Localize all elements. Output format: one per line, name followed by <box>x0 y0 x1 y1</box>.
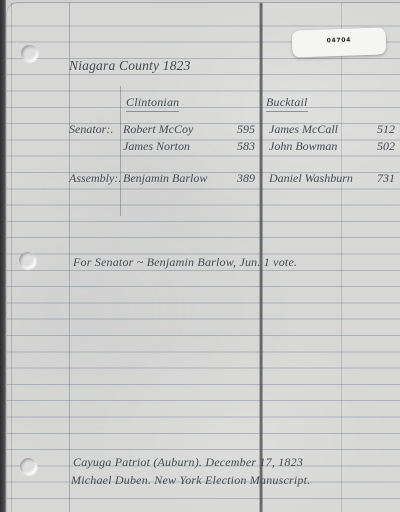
clintonian-candidate-name: Robert McCoy <box>123 122 193 137</box>
ledger-paper: 04704 Niagara County 1823 Clintonian Buc… <box>6 2 400 512</box>
bucktail-vote-count: 502 <box>369 139 395 154</box>
margin-rule <box>69 3 70 512</box>
result-row-senator-2: James Norton 583 John Bowman 502 <box>69 139 399 155</box>
punch-hole-middle <box>19 252 36 269</box>
bucktail-candidate-name: Daniel Washburn <box>269 171 353 186</box>
clintonian-vote-count: 595 <box>215 122 255 137</box>
bucktail-vote-count: 512 <box>369 122 395 137</box>
result-row-assembly: Assembly:. Benjamin Barlow 389 Daniel Wa… <box>69 171 399 187</box>
scanned-document-page: 04704 Niagara County 1823 Clintonian Buc… <box>0 0 400 512</box>
right-column-rule <box>341 3 342 512</box>
office-label: Assembly:. <box>69 171 121 186</box>
left-edge-rule <box>11 3 12 512</box>
barcode-sticker: 04704 <box>292 27 387 57</box>
column-header-bucktail: Bucktail <box>266 95 308 112</box>
bucktail-vote-count: 731 <box>369 171 395 186</box>
sticker-number: 04704 <box>327 37 352 45</box>
clintonian-candidate-name: James Norton <box>123 139 190 154</box>
clintonian-vote-count: 389 <box>215 171 255 186</box>
clintonian-vote-count: 583 <box>215 139 255 154</box>
source-citation-line2: Michael Duben. New York Election Manuscr… <box>71 473 310 488</box>
clintonian-candidate-name: Benjamin Barlow <box>123 171 207 186</box>
senator-write-in-note: For Senator ~ Benjamin Barlow, Jun. 1 vo… <box>73 255 297 270</box>
punch-hole-bottom <box>20 458 37 475</box>
bucktail-candidate-name: James McCall <box>269 122 338 137</box>
column-header-clintonian: Clintonian <box>126 95 179 112</box>
office-label: Senator:. <box>69 122 113 137</box>
result-row-senator: Senator:. Robert McCoy 595 James McCall … <box>69 122 399 138</box>
bucktail-candidate-name: John Bowman <box>269 139 337 154</box>
punch-hole-top <box>21 45 38 62</box>
page-title: Niagara County 1823 <box>69 58 191 74</box>
source-citation-line1: Cayuga Patriot (Auburn). December 17, 18… <box>73 455 303 470</box>
